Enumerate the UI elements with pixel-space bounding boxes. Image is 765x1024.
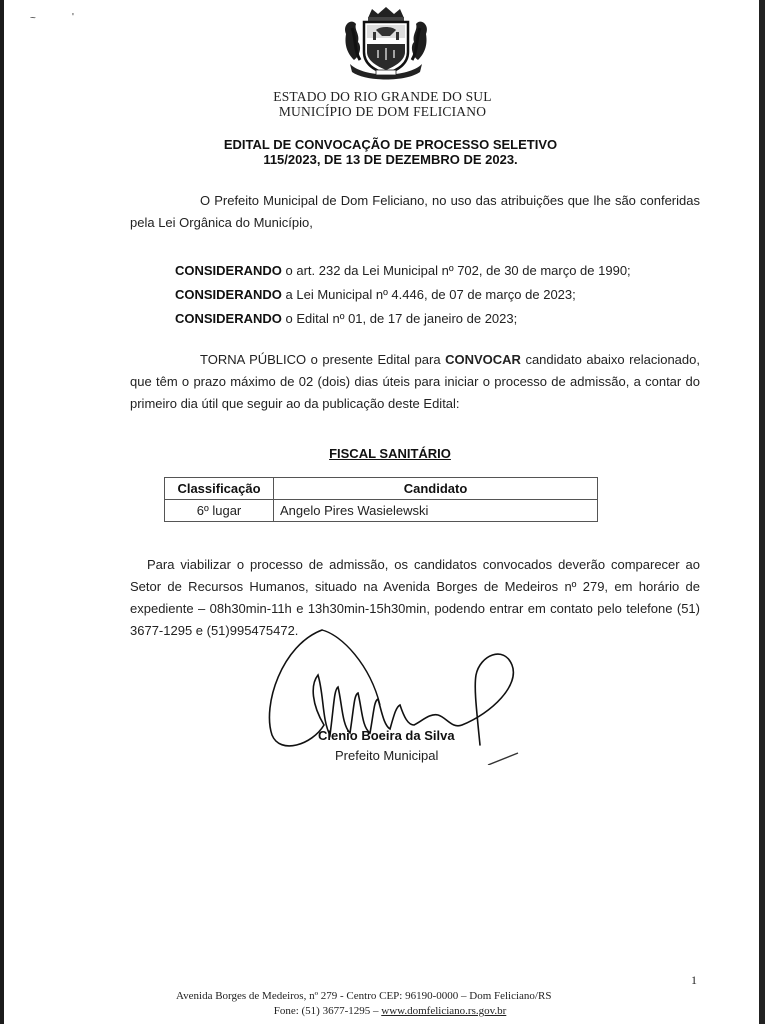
candidates-table: Classificação Candidato 6º lugar Angelo … <box>164 477 598 522</box>
consideration-3: CONSIDERANDO o Edital nº 01, de 17 de ja… <box>175 311 517 326</box>
signer-title: Prefeito Municipal <box>335 748 438 763</box>
consideration-text: o art. 232 da Lei Municipal nº 702, de 3… <box>282 263 631 278</box>
footer-phone: Fone: (51) 3677-1295 – <box>274 1005 382 1017</box>
signer-name: Clenio Boeira da Silva <box>318 728 455 743</box>
document-number-date: 115/2023, DE 13 DE DEZEMBRO DE 2023. <box>8 152 765 167</box>
table-row: 6º lugar Angelo Pires Wasielewski <box>165 500 598 522</box>
cell-candidate: Angelo Pires Wasielewski <box>274 500 598 522</box>
column-header-candidate: Candidato <box>274 478 598 500</box>
footer-contact: Fone: (51) 3677-1295 – www.domfeliciano.… <box>10 1005 765 1017</box>
scan-artifact: ~ <box>30 13 36 24</box>
state-name: ESTADO DO RIO GRANDE DO SUL <box>0 89 765 105</box>
consideration-1: CONSIDERANDO o art. 232 da Lei Municipal… <box>175 263 631 278</box>
consideration-keyword: CONSIDERANDO <box>175 287 282 302</box>
announcement-prefix: TORNA PÚBLICO o presente Edital para <box>200 352 445 367</box>
municipality-name: MUNICÍPIO DE DOM FELICIANO <box>0 104 765 120</box>
consideration-text: o Edital nº 01, de 17 de janeiro de 2023… <box>282 311 517 326</box>
footer-address: Avenida Borges de Medeiros, nº 279 - Cen… <box>10 990 750 1002</box>
cell-classification: 6º lugar <box>165 500 274 522</box>
consideration-keyword: CONSIDERANDO <box>175 311 282 326</box>
consideration-text: a Lei Municipal nº 4.446, de 07 de março… <box>282 287 576 302</box>
column-header-classification: Classificação <box>165 478 274 500</box>
page-number: 1 <box>691 973 697 988</box>
scan-artifact: ' <box>72 12 74 23</box>
intro-paragraph: O Prefeito Municipal de Dom Feliciano, n… <box>130 190 700 234</box>
website-link[interactable]: www.domfeliciano.rs.gov.br <box>381 1005 506 1017</box>
scan-edge-left <box>0 0 4 1024</box>
document-title: EDITAL DE CONVOCAÇÃO DE PROCESSO SELETIV… <box>8 137 765 152</box>
position-title: FISCAL SANITÁRIO <box>0 446 765 461</box>
consideration-keyword: CONSIDERANDO <box>175 263 282 278</box>
table-header-row: Classificação Candidato <box>165 478 598 500</box>
announcement-keyword: CONVOCAR <box>445 352 521 367</box>
consideration-2: CONSIDERANDO a Lei Municipal nº 4.446, d… <box>175 287 576 302</box>
announcement-paragraph: TORNA PÚBLICO o presente Edital para CON… <box>130 349 700 415</box>
coat-of-arms-icon <box>340 4 432 82</box>
signature-icon <box>262 625 532 765</box>
